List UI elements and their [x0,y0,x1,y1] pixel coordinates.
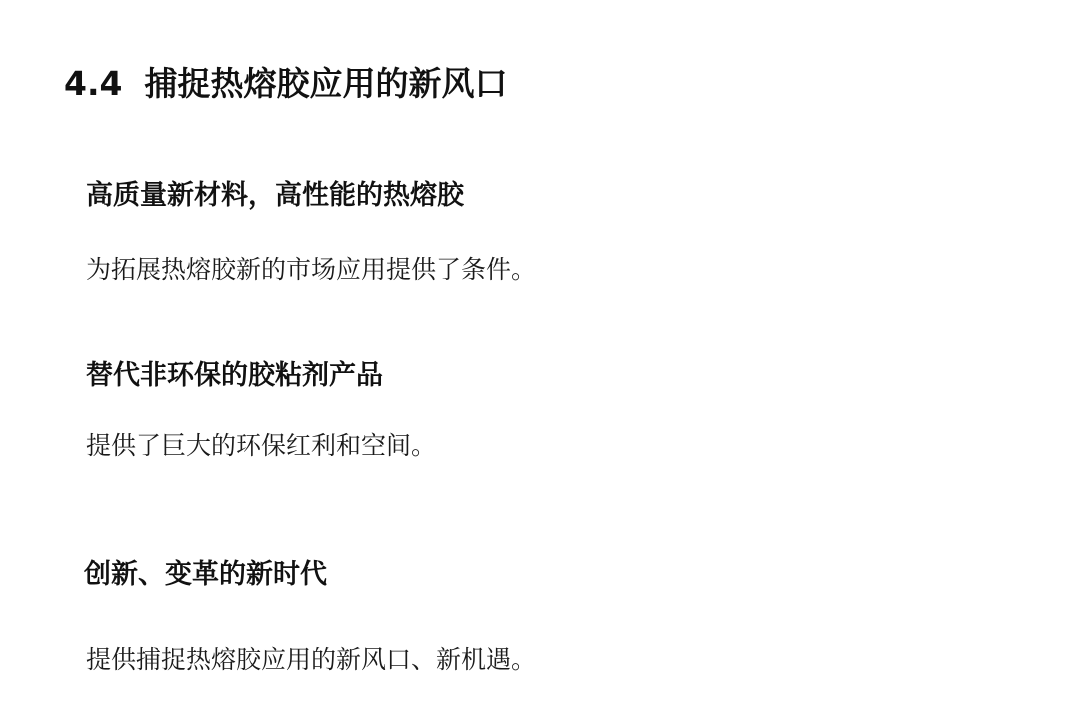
section-1-heading: 高质量新材料，高性能的热熔胶 [86,178,464,214]
section-1-body: 为拓展热熔胶新的市场应用提供了条件。 [86,253,536,287]
section-2-heading: 替代非环保的胶粘剂产品 [86,358,383,394]
section-title-text: 捕捉热熔胶应用的新风口 [144,64,507,103]
section-3-heading: 创新、变革的新时代 [84,557,327,593]
section-number: 4.4 [64,64,122,103]
section-2-body: 提供了巨大的环保红利和空间。 [86,429,436,463]
page-title: 4.4捕捉热熔胶应用的新风口 [64,62,507,106]
section-3-body: 提供捕捉热熔胶应用的新风口、新机遇。 [86,643,536,677]
